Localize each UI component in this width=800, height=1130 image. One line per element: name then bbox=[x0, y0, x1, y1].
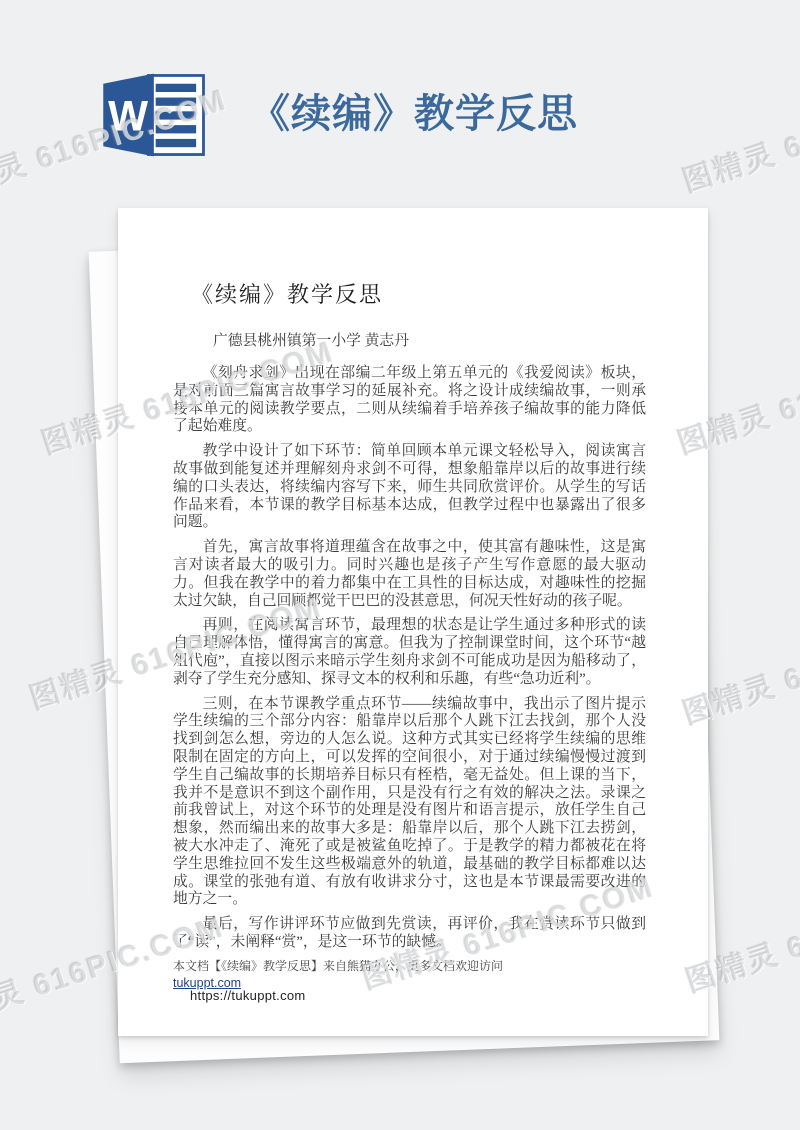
paragraph-1: 《刻舟求剑》出现在部编二年级上第五单元的《我爱阅读》板块，是对前面三篇寓言故事学… bbox=[173, 365, 646, 436]
document-author: 广德县桃州镇第一小学 黄志丹 bbox=[173, 329, 646, 350]
page-canvas: W 《续编》教学反思 《续编》教学反思 广德县桃州镇第一小学 黄志丹 《刻舟求剑… bbox=[0, 0, 800, 1130]
page-title: 《续编》教学反思 bbox=[250, 82, 578, 139]
paragraph-3: 首先，寓言故事将道理蕴含在故事之中，使其富有趣味性，这是寓言对读者最大的吸引力。… bbox=[173, 539, 646, 610]
page-url: https://tukuppt.com bbox=[190, 988, 306, 1003]
word-icon-letter: W bbox=[108, 93, 148, 140]
paragraph-4: 再则，在阅读寓言环节，最理想的状态是让学生通过多种形式的读自己理解体悟，懂得寓言… bbox=[173, 617, 646, 688]
paragraph-5: 三则，在本节课教学重点环节——续编故事中，我出示了图片提示学生续编的三个部分内容… bbox=[173, 696, 646, 910]
document-title: 《续编》教学反思 bbox=[191, 278, 646, 309]
footnote-text: 本文档【《续编》教学反思】来自熊猫办公，更多文档欢迎访问 bbox=[173, 959, 503, 973]
word-logo-svg: W bbox=[95, 68, 209, 162]
paragraph-2: 教学中设计了如下环节：简单回顾本单元课文轻松导入，阅读寓言故事做到能复述并理解刻… bbox=[173, 443, 646, 532]
header: W 《续编》教学反思 bbox=[0, 0, 800, 200]
document-footnote: 本文档【《续编》教学反思】来自熊猫办公，更多文档欢迎访问 tukuppt.com bbox=[173, 958, 646, 991]
document-page: 《续编》教学反思 广德县桃州镇第一小学 黄志丹 《刻舟求剑》出现在部编二年级上第… bbox=[118, 208, 708, 1036]
paragraph-6: 最后，写作讲评环节应做到先赏读，再评价，我在赏读环节只做到了“读”，未阐释“赏”… bbox=[173, 916, 646, 952]
word-icon: W bbox=[95, 68, 209, 162]
